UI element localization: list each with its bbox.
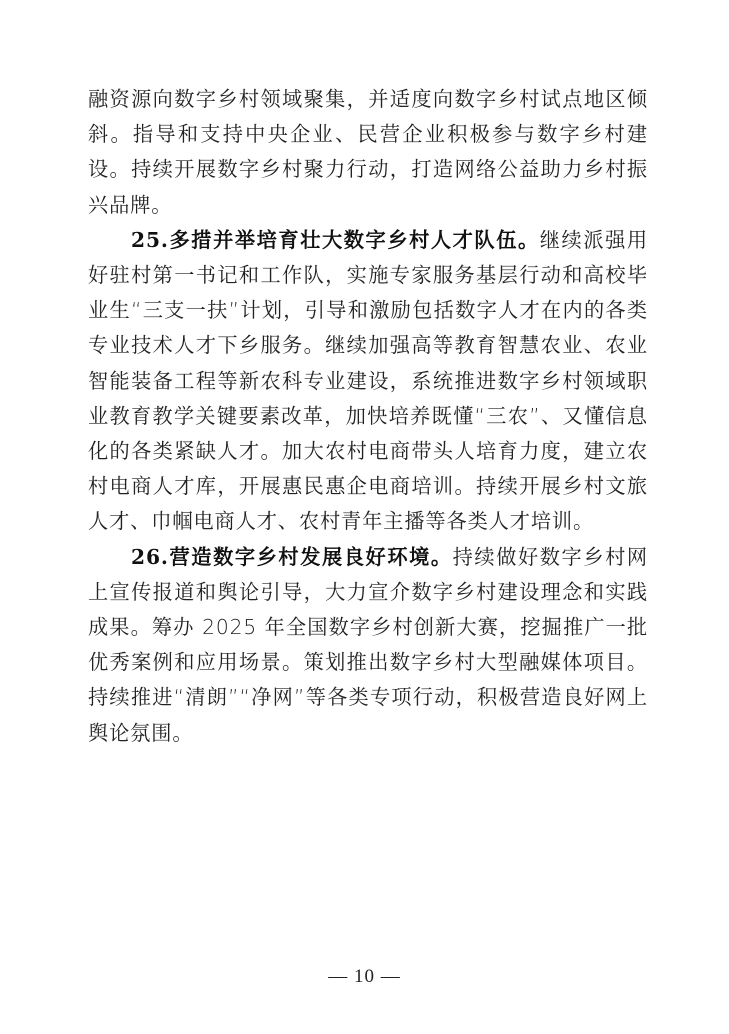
paragraph-text: 继续派强用好驻村第一书记和工作队，实施专家服务基层行动和高校毕业生“三支一扶”计…: [88, 228, 648, 534]
paragraph-item-25: 25.多措并举培育壮大数字乡村人才队伍。继续派强用好驻村第一书记和工作队，实施专…: [88, 223, 648, 540]
document-body: 融资源向数字乡村领域聚集，并适度向数字乡村试点地区倾斜。指导和支持中央企业、民营…: [88, 82, 648, 751]
paragraph-text: 持续做好数字乡村网上宣传报道和舆论引导，大力宣介数字乡村建设理念和实践成果。筹办…: [88, 545, 648, 745]
paragraph-continuation: 融资源向数字乡村领域聚集，并适度向数字乡村试点地区倾斜。指导和支持中央企业、民营…: [88, 82, 648, 223]
paragraph-item-26: 26.营造数字乡村发展良好环境。持续做好数字乡村网上宣传报道和舆论引导，大力宣介…: [88, 540, 648, 751]
section-heading-26: 26.营造数字乡村发展良好环境。: [131, 545, 453, 569]
section-heading-25: 25.多措并举培育壮大数字乡村人才队伍。: [131, 228, 540, 252]
paragraph-text: 融资源向数字乡村领域聚集，并适度向数字乡村试点地区倾斜。指导和支持中央企业、民营…: [88, 87, 648, 217]
page-number: — 10 —: [0, 966, 729, 988]
